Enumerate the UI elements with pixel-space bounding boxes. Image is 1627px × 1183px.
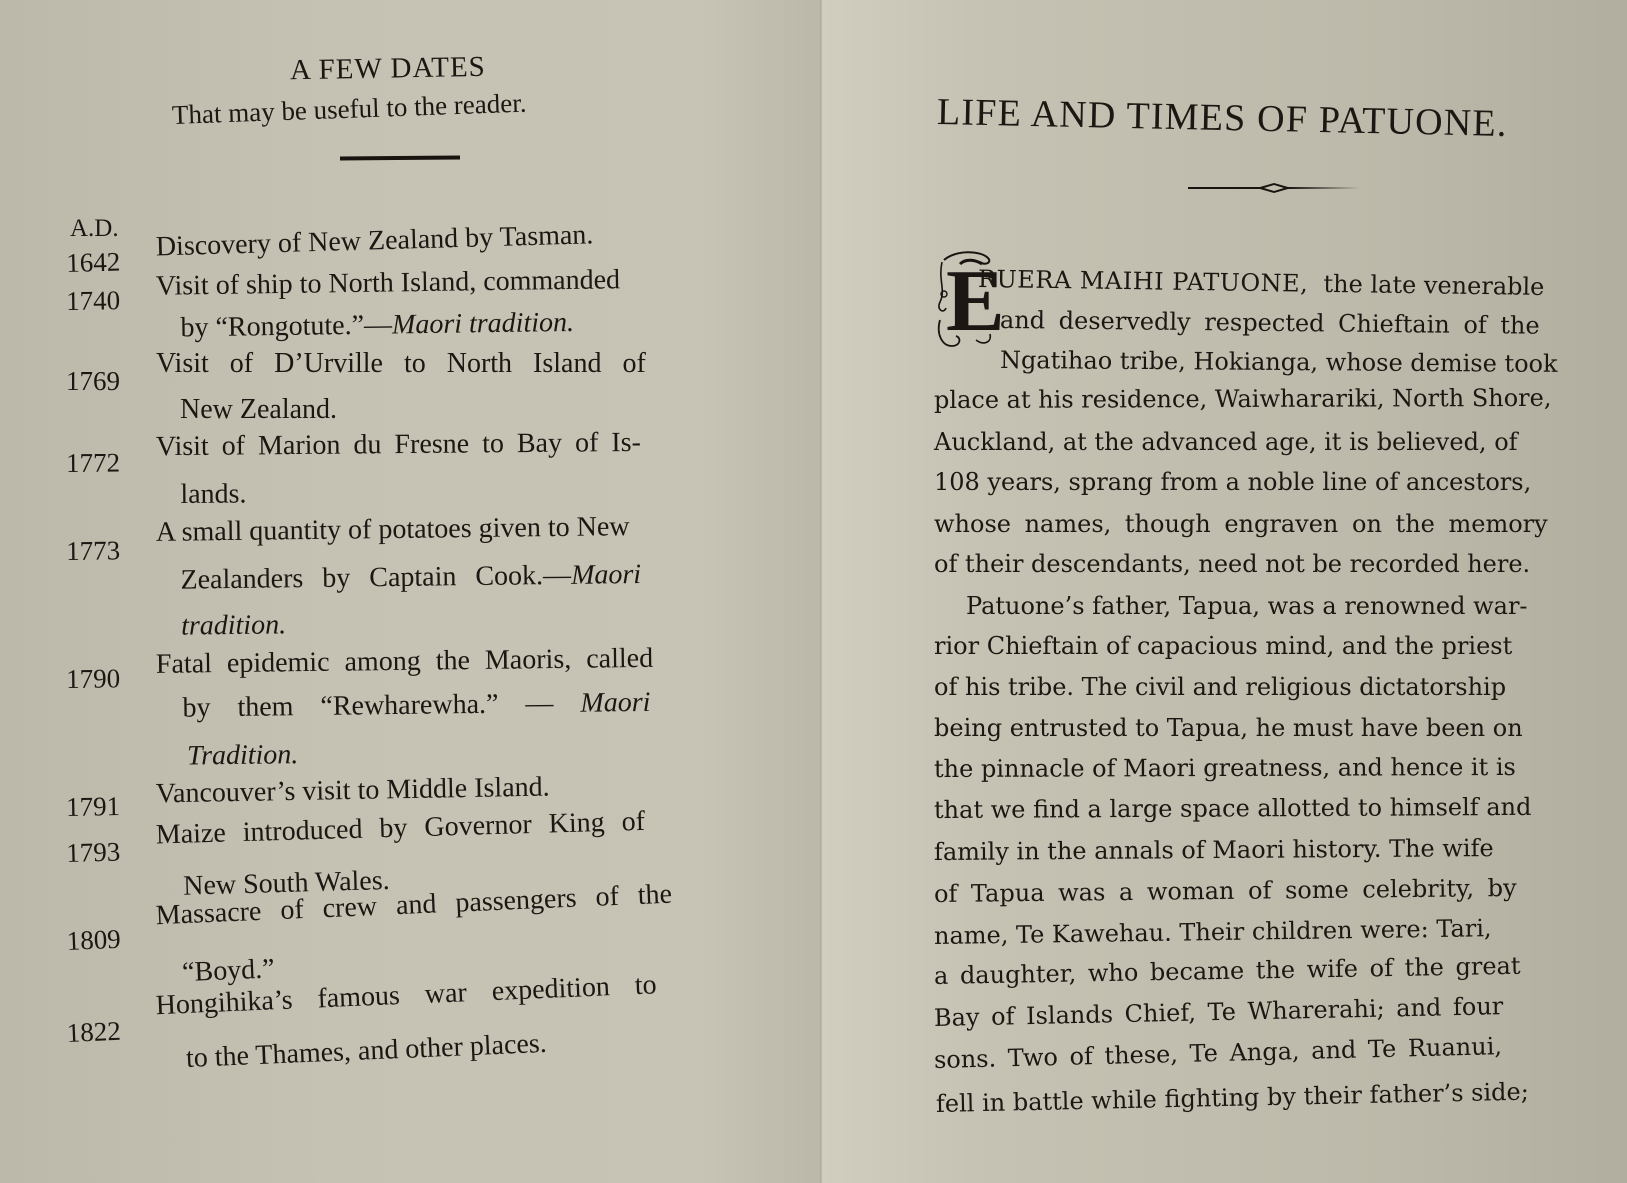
era-label: A.D. [70, 215, 119, 243]
entry-text: lands. [180, 478, 246, 511]
rule-diamond-ornament-icon [1188, 180, 1360, 196]
entry-attribution: Tradition. [187, 739, 299, 772]
entry-year: 1793 [66, 836, 121, 868]
entry-year: 1773 [66, 535, 120, 567]
body-line: being entrusted to Tapua, he must have b… [934, 714, 1523, 742]
entry-text: Visit of D’Urville to North Island of [156, 348, 646, 380]
dates-heading: A FEW DATES [290, 50, 551, 88]
date-entry: 1773 A small quantity of potatoes given … [0, 509, 790, 519]
entry-year: 1809 [66, 924, 121, 957]
body-line: whose names, though engraven on the memo… [934, 510, 1548, 538]
body-line: rior Chieftain of capacious mind, and th… [934, 632, 1512, 660]
body-line: that we find a large space allotted to h… [934, 793, 1532, 824]
entry-text: to the Thames, and other places. [185, 1028, 547, 1075]
entry-text: “Boyd.” [181, 953, 275, 989]
entry-year: 1772 [66, 448, 120, 479]
body-line: place at his residence, Waiwharariki, No… [934, 384, 1552, 414]
left-page: A FEW DATES That may be useful to the re… [0, 0, 822, 1183]
entry-year: 1822 [66, 1016, 121, 1049]
date-entry: 1822 Hongihika’s famous war expedition t… [0, 964, 789, 997]
entry-year: 1769 [66, 366, 120, 397]
entry-year: 1740 [66, 285, 120, 317]
entry-attribution: tradition. [181, 609, 286, 642]
entry-text: Discovery of New Zealand by Tasman. [155, 219, 593, 263]
body-text: the late venerable [1323, 270, 1544, 301]
entry-year: 1791 [66, 791, 121, 823]
date-entry: 1809 Massacre of crew and passengers of … [0, 874, 789, 907]
body-line: Ngatihao tribe, Hokianga, whose demise t… [1000, 346, 1558, 378]
dates-subheading: That may be useful to the reader. [171, 88, 526, 131]
body-line: of his tribe. The civil and religious di… [934, 673, 1506, 701]
entry-text: Zealanders by Captain Cook.— [180, 560, 571, 596]
open-book-spread: A FEW DATES That may be useful to the re… [0, 0, 1627, 1183]
entry-text: New Zealand. [180, 394, 337, 426]
entry-year: 1642 [66, 246, 121, 278]
subject-name: RUERA MAIHI PATUONE, [978, 265, 1309, 298]
body-line: family in the annals of Maori history. T… [934, 834, 1494, 866]
entry-text: Fatal epidemic among the Maoris, called [156, 643, 654, 681]
entry-attribution: Maori [580, 687, 650, 719]
body-line: 108 years, sprang from a noble line of a… [934, 468, 1531, 496]
heading-rule [340, 155, 460, 160]
date-entry: 1791 Vancouver’s visit to Middle Island. [0, 767, 790, 781]
body-line: and deservedly respected Chieftain of th… [1000, 306, 1540, 340]
entry-text: Maize introduced by Governor King of [155, 806, 645, 852]
entry-attribution: Maori tradition. [392, 307, 574, 341]
body-line: Auckland, at the advanced age, it is bel… [934, 428, 1518, 456]
date-entry: 1790 Fatal epidemic among the Maoris, ca… [0, 641, 790, 651]
entry-text: A small quantity of potatoes given to Ne… [156, 511, 630, 549]
body-line: of their descendants, need not be record… [934, 550, 1530, 578]
entry-text: by them “Rewharewha.” — [182, 688, 580, 724]
entry-text: Visit of ship to North Island, commanded [156, 264, 621, 302]
body-line: the pinnacle of Maori greatness, and hen… [934, 753, 1516, 783]
body-line: Patuone’s father, Tapua, was a renowned … [966, 592, 1528, 620]
entry-text: by “Rongotute.”— [180, 309, 392, 343]
entry-text: Vancouver’s visit to Middle Island. [156, 772, 550, 811]
entry-attribution: Maori [571, 559, 641, 591]
entry-year: 1790 [66, 663, 120, 695]
date-entry: 1772 Visit of Marion du Fresne to Bay of… [0, 426, 790, 433]
entry-text: Visit of Marion du Fresne to Bay of Is- [156, 427, 641, 463]
